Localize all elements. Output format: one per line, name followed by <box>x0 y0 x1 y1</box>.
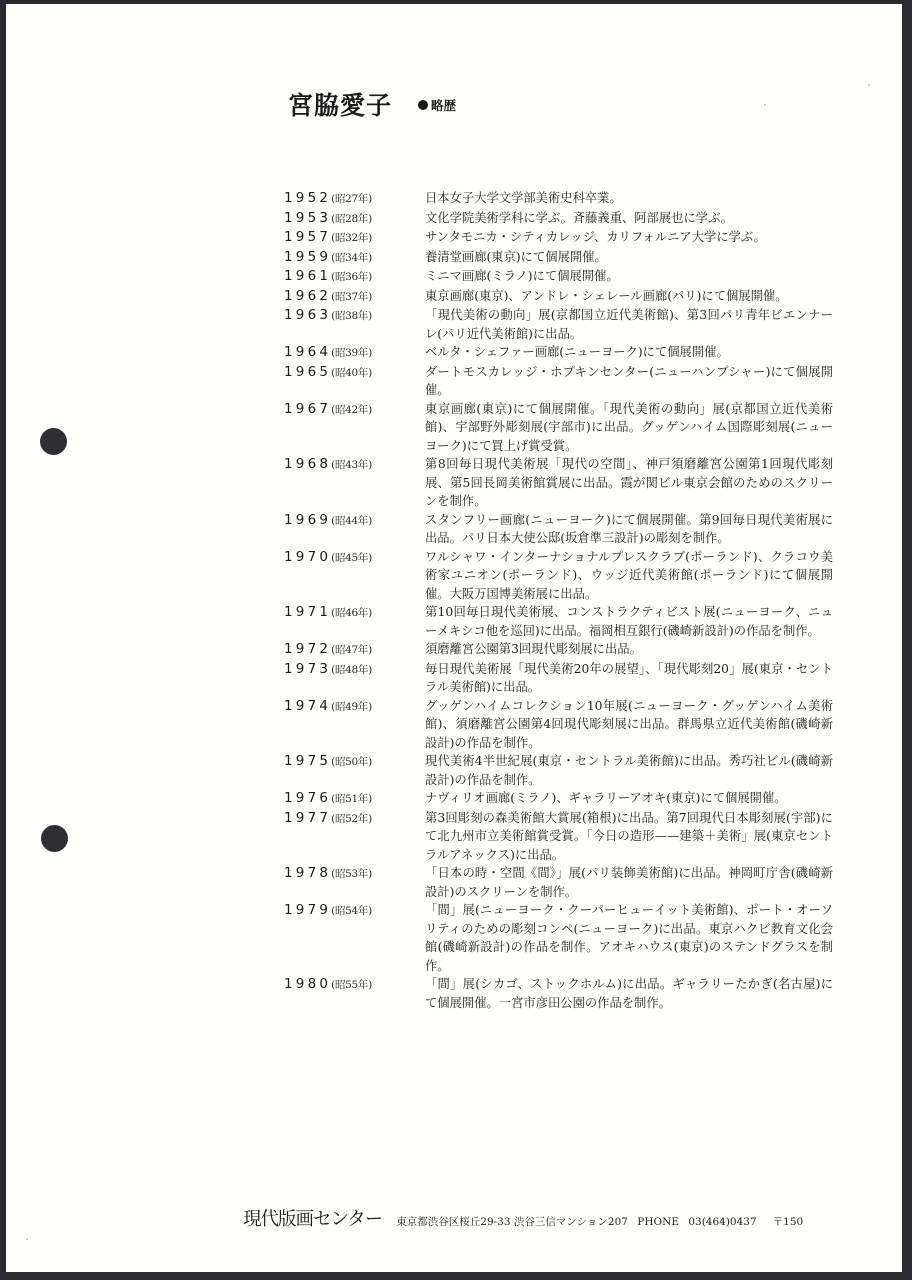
year-cell: 1965(昭40年) <box>284 363 425 400</box>
timeline-entry: 1959(昭34年)養清堂画廊(東京)にて個展開催。 <box>284 248 844 268</box>
era-year: (昭54年) <box>331 905 372 917</box>
entry-description: ミニマ画廊(ミラノ)にて個展開催。 <box>425 267 833 287</box>
entry-description: 「日本の時・空間《間》」展(パリ装飾美術館)に出品。神岡町庁舎(磯崎新設計)のス… <box>425 864 833 901</box>
year-cell: 1953(昭28年) <box>284 209 425 229</box>
year-cell: 1961(昭36年) <box>284 267 425 287</box>
era-year: (昭44年) <box>331 515 372 527</box>
year: 1962 <box>284 288 331 304</box>
entry-description: 「現代美術の動向」展(京都国立近代美術館)、第3回パリ青年ビエンナーレ(パリ近代… <box>425 306 833 343</box>
era-year: (昭43年) <box>331 459 372 471</box>
year: 1973 <box>284 661 331 677</box>
timeline-entry: 1969(昭44年)スタンフリー画廊(ニューヨーク)にて個展開催。第9回毎日現代… <box>284 511 844 548</box>
era-year: (昭45年) <box>331 552 372 564</box>
footer: 現代版画センター 東京都渋谷区桜丘29-33 渋谷三信マンション207 PHON… <box>243 1205 803 1231</box>
page-title: 宮脇愛子 <box>288 86 392 122</box>
year-cell: 1972(昭47年) <box>284 640 425 660</box>
bullet-icon <box>418 100 428 110</box>
year: 1959 <box>284 249 331 265</box>
year-cell: 1978(昭53年) <box>284 864 425 901</box>
year: 1965 <box>284 364 331 380</box>
entry-description: 文化学院美術学科に学ぶ。斉藤義重、阿部展也に学ぶ。 <box>425 209 833 229</box>
timeline-entry: 1961(昭36年)ミニマ画廊(ミラノ)にて個展開催。 <box>284 267 844 287</box>
timeline-entry: 1965(昭40年)ダートモスカレッジ・ホプキンセンター(ニューハンプシャー)に… <box>284 363 844 400</box>
era-year: (昭50年) <box>331 756 372 768</box>
year-cell: 1967(昭42年) <box>284 400 425 456</box>
year: 1979 <box>284 902 331 918</box>
entry-description: ナヴィリオ画廊(ミラノ)、ギャラリーアオキ(東京)にて個展開催。 <box>425 789 833 809</box>
era-year: (昭51年) <box>331 793 372 805</box>
era-year: (昭28年) <box>331 213 372 225</box>
era-year: (昭38年) <box>331 310 372 322</box>
year: 1975 <box>284 753 331 769</box>
scan-speck <box>26 1238 28 1240</box>
entry-description: 養清堂画廊(東京)にて個展開催。 <box>425 248 833 268</box>
year-cell: 1975(昭50年) <box>284 752 425 789</box>
year: 1974 <box>284 698 331 714</box>
entry-description: ワルシャワ・インターナショナルプレスクラブ(ポーランド)、クラコウ美術家ユニオン… <box>425 548 833 604</box>
year: 1977 <box>284 810 331 826</box>
scan-speck <box>868 84 870 86</box>
timeline-entry: 1953(昭28年)文化学院美術学科に学ぶ。斉藤義重、阿部展也に学ぶ。 <box>284 209 844 229</box>
year-cell: 1973(昭48年) <box>284 660 425 697</box>
era-year: (昭37年) <box>331 291 372 303</box>
era-year: (昭34年) <box>331 252 372 264</box>
year-cell: 1980(昭55年) <box>284 975 425 1012</box>
year: 1972 <box>284 641 331 657</box>
year: 1952 <box>284 190 331 206</box>
timeline-entry: 1976(昭51年)ナヴィリオ画廊(ミラノ)、ギャラリーアオキ(東京)にて個展開… <box>284 789 844 809</box>
timeline-entry: 1970(昭45年)ワルシャワ・インターナショナルプレスクラブ(ポーランド)、ク… <box>284 548 844 604</box>
publisher-address: 東京都渋谷区桜丘29-33 渋谷三信マンション207 <box>396 1216 628 1228</box>
year: 1957 <box>284 229 331 245</box>
era-year: (昭46年) <box>331 607 372 619</box>
year: 1970 <box>284 549 331 565</box>
entry-description: 毎日現代美術展「現代美術20年の展望」、「現代彫刻20」展(東京・セントラル美術… <box>425 660 833 697</box>
year: 1969 <box>284 512 331 528</box>
year-cell: 1979(昭54年) <box>284 901 425 975</box>
year-cell: 1969(昭44年) <box>284 511 425 548</box>
year-cell: 1957(昭32年) <box>284 228 425 248</box>
entry-description: 「間」展(シカゴ、ストックホルム)に出品。ギャラリーたかぎ(名古屋)にて個展開催… <box>425 975 833 1012</box>
era-year: (昭48年) <box>331 664 372 676</box>
year-cell: 1968(昭43年) <box>284 455 425 511</box>
entry-description: サンタモニカ・シティカレッジ、カリフォルニア大学に学ぶ。 <box>425 228 833 248</box>
year-cell: 1970(昭45年) <box>284 548 425 604</box>
punch-hole-upper <box>40 428 67 455</box>
era-year: (昭32年) <box>331 232 372 244</box>
timeline-entry: 1963(昭38年)「現代美術の動向」展(京都国立近代美術館)、第3回パリ青年ビ… <box>284 306 844 343</box>
timeline-entry: 1973(昭48年)毎日現代美術展「現代美術20年の展望」、「現代彫刻20」展(… <box>284 660 844 697</box>
era-year: (昭52年) <box>331 813 372 825</box>
entry-description: グッゲンハイムコレクション10年展(ニューヨーク・グッゲンハイム美術館)、須磨離… <box>425 697 833 753</box>
timeline-entry: 1979(昭54年)「間」展(ニューヨーク・クーパーヒューイット美術館)、ポート… <box>284 901 844 975</box>
entry-description: 東京画廊(東京)、アンドレ・シェレール画廊(パリ)にて個展開催。 <box>425 287 833 307</box>
biography-timeline: 1952(昭27年)日本女子大学文学部美術史科卒業。1953(昭28年)文化学院… <box>284 189 844 1012</box>
entry-description: 第8回毎日現代美術展「現代の空間」、神戸須磨離宮公園第1回現代彫刻展、第5回長岡… <box>425 455 833 511</box>
timeline-entry: 1971(昭46年)第10回毎日現代美術展、コンストラクティビスト展(ニューヨー… <box>284 603 844 640</box>
era-year: (昭55年) <box>331 979 372 991</box>
section-label: 略歴 <box>418 96 456 114</box>
era-year: (昭49年) <box>331 701 372 713</box>
year-cell: 1952(昭27年) <box>284 189 425 209</box>
year: 1978 <box>284 865 331 881</box>
timeline-entry: 1962(昭37年)東京画廊(東京)、アンドレ・シェレール画廊(パリ)にて個展開… <box>284 287 844 307</box>
timeline-entry: 1975(昭50年)現代美術4半世紀展(東京・セントラル美術館)に出品。秀巧社ビ… <box>284 752 844 789</box>
era-year: (昭36年) <box>331 271 372 283</box>
entry-description: 現代美術4半世紀展(東京・セントラル美術館)に出品。秀巧社ビル(磯崎新設計)の作… <box>425 752 833 789</box>
year-cell: 1976(昭51年) <box>284 789 425 809</box>
entry-description: スタンフリー画廊(ニューヨーク)にて個展開催。第9回毎日現代美術展に出品。パリ日… <box>425 511 833 548</box>
timeline-entry: 1974(昭49年)グッゲンハイムコレクション10年展(ニューヨーク・グッゲンハ… <box>284 697 844 753</box>
timeline-entry: 1972(昭47年)須磨離宮公園第3回現代彫刻展に出品。 <box>284 640 844 660</box>
entry-description: 東京画廊(東京)にて個展開催。「現代美術の動向」展(京都国立近代美術館)、宇部野… <box>425 400 833 456</box>
year: 1964 <box>284 344 331 360</box>
year: 1953 <box>284 210 331 226</box>
postal-code: 〒150 <box>773 1214 804 1229</box>
year: 1976 <box>284 790 331 806</box>
timeline-entry: 1957(昭32年)サンタモニカ・シティカレッジ、カリフォルニア大学に学ぶ。 <box>284 228 844 248</box>
entry-description: 「間」展(ニューヨーク・クーパーヒューイット美術館)、ポート・オーソリティのため… <box>425 901 833 975</box>
year-cell: 1971(昭46年) <box>284 603 425 640</box>
era-year: (昭53年) <box>331 868 372 880</box>
timeline-entry: 1967(昭42年)東京画廊(東京)にて個展開催。「現代美術の動向」展(京都国立… <box>284 400 844 456</box>
year: 1968 <box>284 456 331 472</box>
punch-hole-lower <box>41 825 68 852</box>
publisher-contact: 東京都渋谷区桜丘29-33 渋谷三信マンション207 PHONE 03(464)… <box>396 1214 762 1229</box>
scan-speck <box>764 104 766 106</box>
publisher-name: 現代版画センター <box>243 1205 382 1231</box>
year: 1980 <box>284 976 331 992</box>
phone-label: PHONE <box>637 1216 679 1228</box>
timeline-entry: 1978(昭53年)「日本の時・空間《間》」展(パリ装飾美術館)に出品。神岡町庁… <box>284 864 844 901</box>
year-cell: 1974(昭49年) <box>284 697 425 753</box>
timeline-entry: 1964(昭39年)ベルタ・シェファー画廊(ニューヨーク)にて個展開催。 <box>284 343 844 363</box>
year-cell: 1959(昭34年) <box>284 248 425 268</box>
entry-description: ダートモスカレッジ・ホプキンセンター(ニューハンプシャー)にて個展開催。 <box>425 363 833 400</box>
timeline-entry: 1952(昭27年)日本女子大学文学部美術史科卒業。 <box>284 189 844 209</box>
era-year: (昭40年) <box>331 367 372 379</box>
era-year: (昭39年) <box>331 347 372 359</box>
timeline-entry: 1977(昭52年)第3回彫刻の森美術館大賞展(箱根)に出品。第7回現代日本彫刻… <box>284 809 844 865</box>
year: 1967 <box>284 401 331 417</box>
header: 宮脇愛子 略歴 <box>288 86 456 122</box>
era-year: (昭27年) <box>331 193 372 205</box>
timeline-entry: 1968(昭43年)第8回毎日現代美術展「現代の空間」、神戸須磨離宮公園第1回現… <box>284 455 844 511</box>
year-cell: 1963(昭38年) <box>284 306 425 343</box>
era-year: (昭47年) <box>331 644 372 656</box>
timeline-entry: 1980(昭55年)「間」展(シカゴ、ストックホルム)に出品。ギャラリーたかぎ(… <box>284 975 844 1012</box>
year-cell: 1964(昭39年) <box>284 343 425 363</box>
entry-description: ベルタ・シェファー画廊(ニューヨーク)にて個展開催。 <box>425 343 833 363</box>
entry-description: 日本女子大学文学部美術史科卒業。 <box>425 189 833 209</box>
year: 1961 <box>284 268 331 284</box>
year: 1971 <box>284 604 331 620</box>
entry-description: 第10回毎日現代美術展、コンストラクティビスト展(ニューヨーク、ニューメキシコ他… <box>425 603 833 640</box>
entry-description: 須磨離宮公園第3回現代彫刻展に出品。 <box>425 640 833 660</box>
phone-number: 03(464)0437 <box>688 1216 756 1228</box>
year: 1963 <box>284 307 331 323</box>
year-cell: 1962(昭37年) <box>284 287 425 307</box>
section-label-text: 略歴 <box>431 96 456 114</box>
entry-description: 第3回彫刻の森美術館大賞展(箱根)に出品。第7回現代日本彫刻展(宇部)にて北九州… <box>425 809 833 865</box>
year-cell: 1977(昭52年) <box>284 809 425 865</box>
era-year: (昭42年) <box>331 404 372 416</box>
